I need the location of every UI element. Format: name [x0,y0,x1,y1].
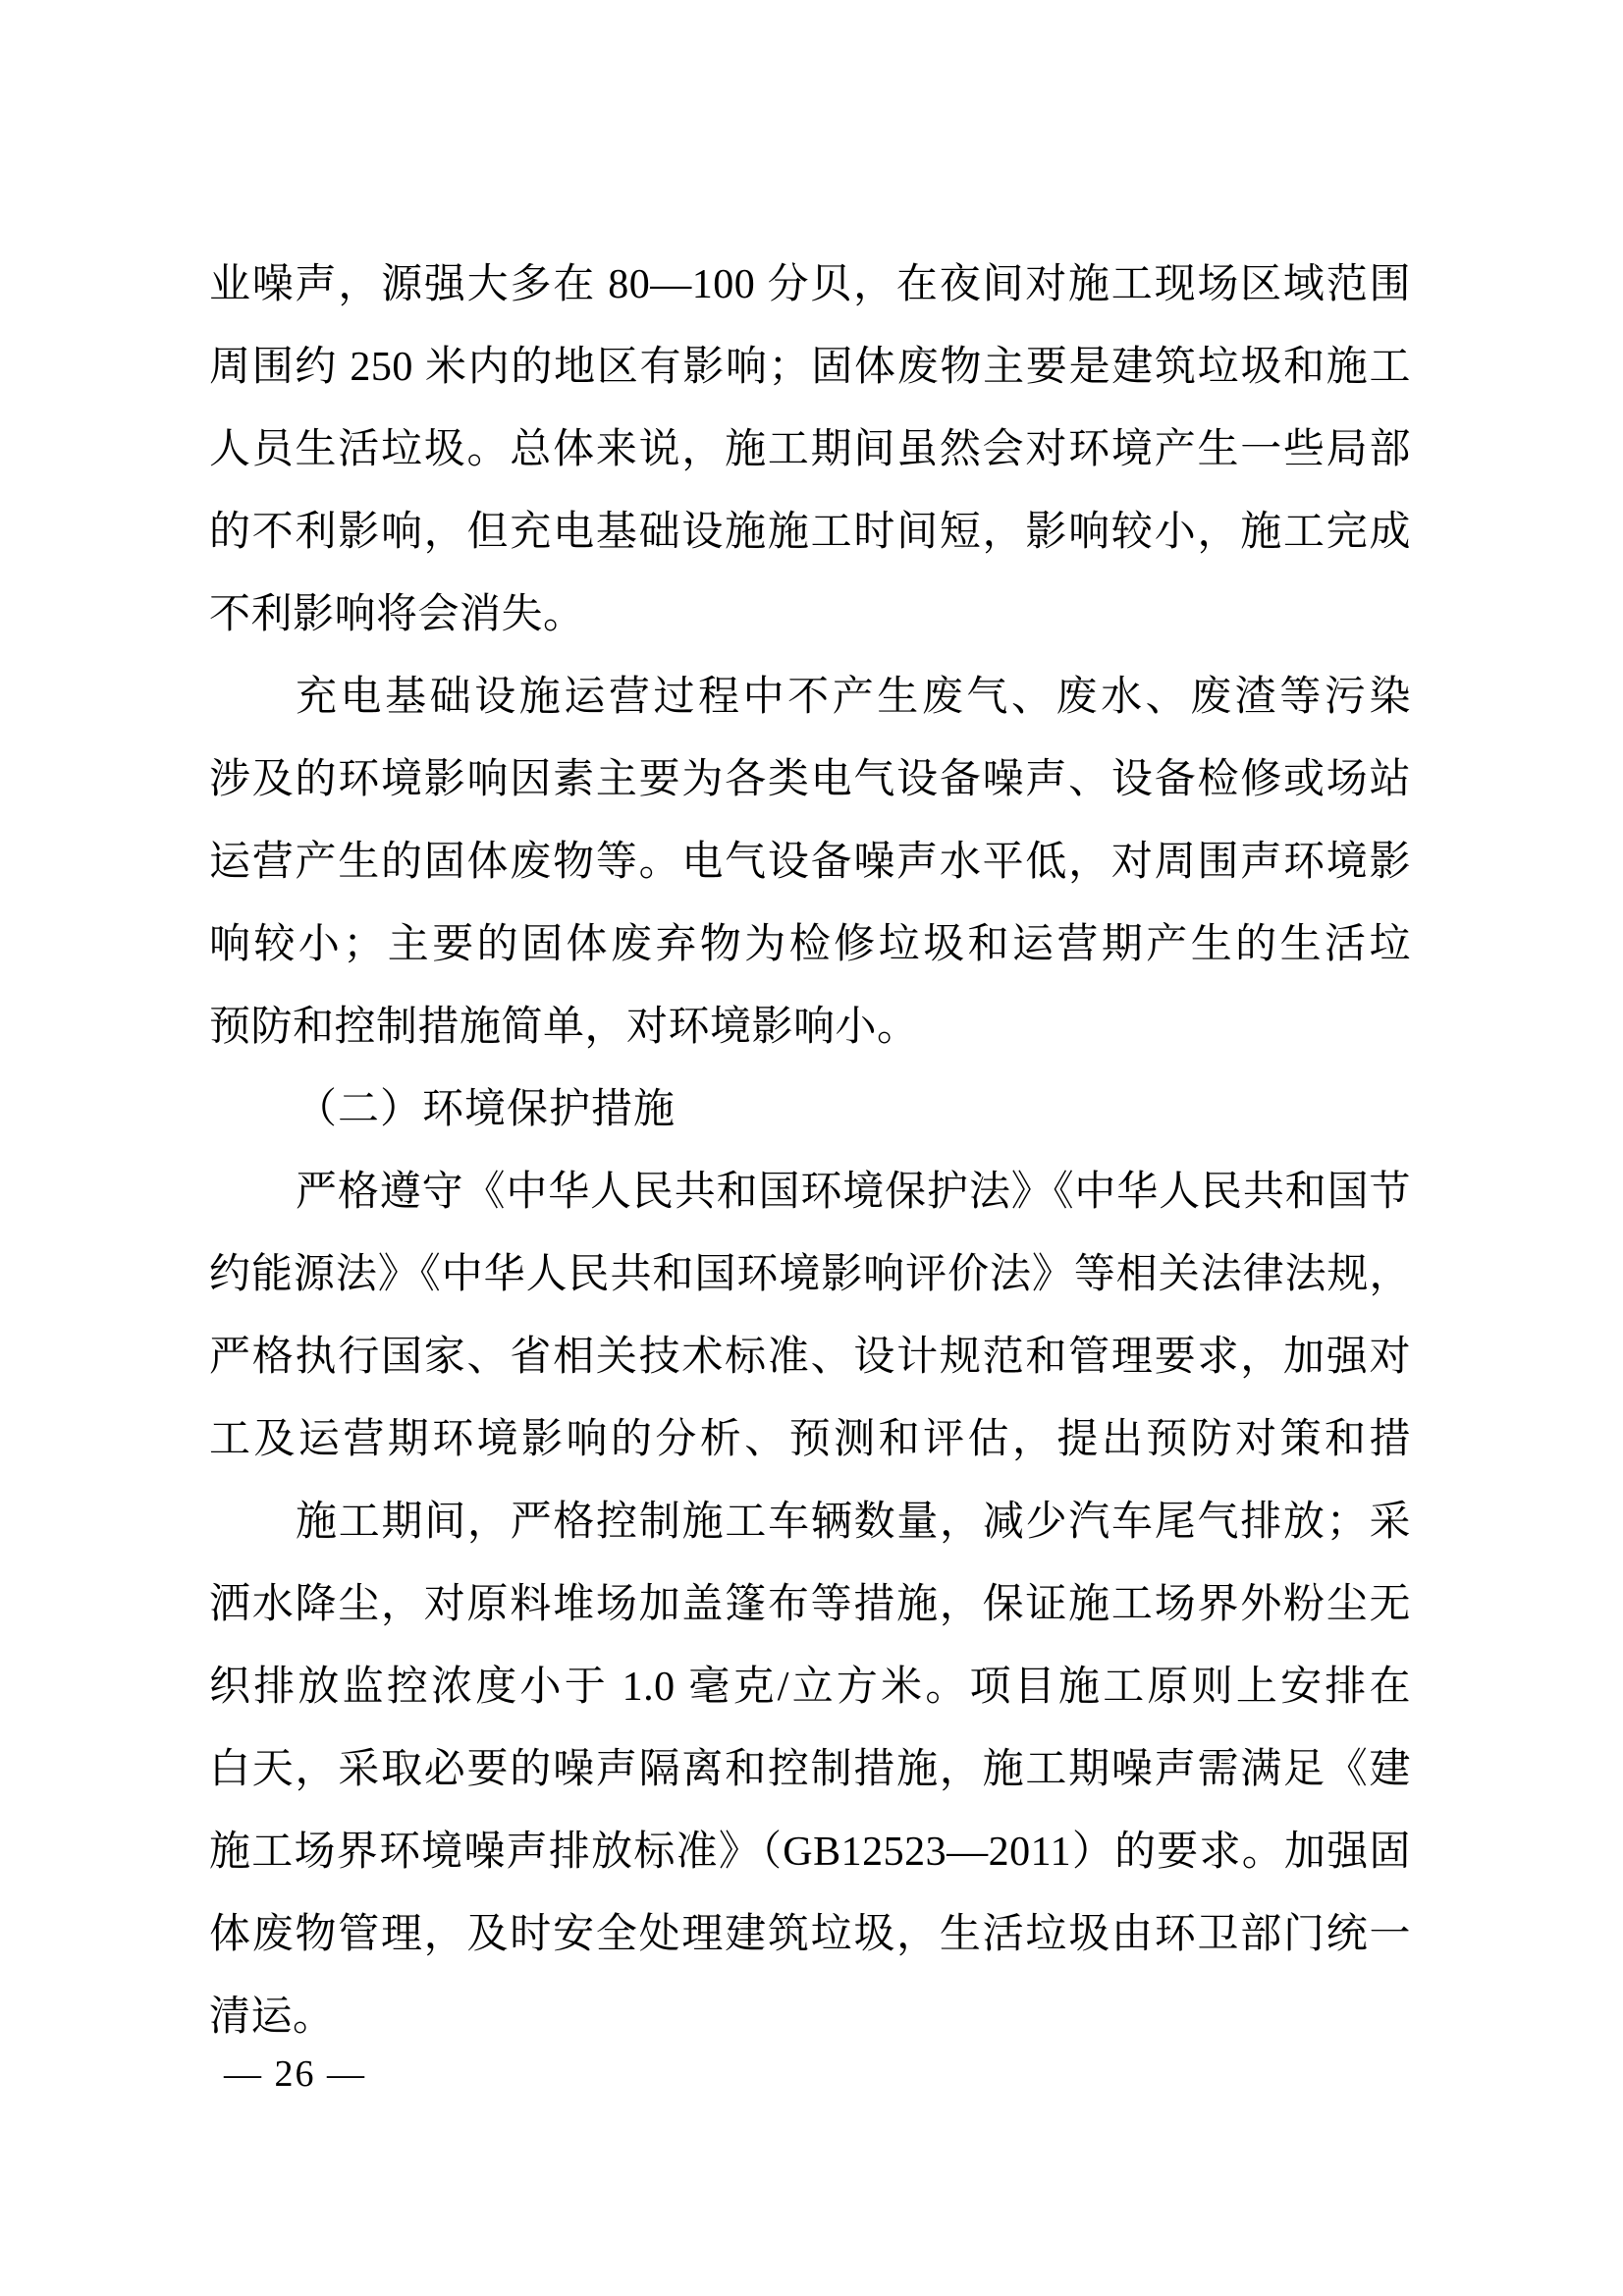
body-text-block: 业噪声，源强大多在 80—100 分贝，在夜间对施工现场区域范围和 周围约 25… [209,244,1411,2058]
text-line: 严格遵守《中华人民共和国环境保护法》《中华人民共和国节 [209,1151,1411,1233]
text-line: 施工场界环境噪声排放标准》（GB12523—2011）的要求。加强固 [209,1811,1411,1893]
text-line: 周围约 250 米内的地区有影响；固体废物主要是建筑垃圾和施工 [209,326,1411,409]
text-line: 预防和控制措施简单，对环境影响小。 [209,986,1411,1068]
document-page: 业噪声，源强大多在 80—100 分贝，在夜间对施工现场区域范围和 周围约 25… [0,0,1623,2296]
text-line: 充电基础设施运营过程中不产生废气、废水、废渣等污染物， [209,656,1411,738]
paragraph-laws-standards: 严格遵守《中华人民共和国环境保护法》《中华人民共和国节 约能源法》《中华人民共和… [209,1151,1411,1481]
text-line: 洒水降尘，对原料堆场加盖篷布等措施，保证施工场界外粉尘无组 [209,1563,1411,1646]
text-line: 工及运营期环境影响的分析、预测和评估，提出预防对策和措施。 [209,1398,1411,1481]
text-line: 清运。 [209,1976,1411,2058]
text-line: 业噪声，源强大多在 80—100 分贝，在夜间对施工现场区域范围和 [209,244,1411,326]
text-line: 施工期间，严格控制施工车辆数量，减少汽车尾气排放；采取 [209,1481,1411,1563]
section-environmental-protection: （二）环境保护措施 [209,1068,1411,1151]
text-line: 体废物管理，及时安全处理建筑垃圾，生活垃圾由环卫部门统一 [209,1893,1411,1976]
paragraph-construction-impact: 业噪声，源强大多在 80—100 分贝，在夜间对施工现场区域范围和 周围约 25… [209,244,1411,656]
text-line: 白天，采取必要的噪声隔离和控制措施，施工期噪声需满足《建筑 [209,1728,1411,1811]
text-line: 严格执行国家、省相关技术标准、设计规范和管理要求，加强对施 [209,1316,1411,1398]
paragraph-construction-measures: 施工期间，严格控制施工车辆数量，减少汽车尾气排放；采取 洒水降尘，对原料堆场加盖… [209,1481,1411,2058]
text-line: 约能源法》《中华人民共和国环境影响评价法》等相关法律法规， [209,1233,1411,1316]
page-number: — 26 — [224,2035,366,2113]
section-heading: （二）环境保护措施 [209,1068,1411,1151]
text-line: 人员生活垃圾。总体来说，施工期间虽然会对环境产生一些局部 [209,409,1411,491]
text-line: 响较小；主要的固体废弃物为检修垃圾和运营期产生的生活垃圾， [209,903,1411,986]
text-line: 涉及的环境影响因素主要为各类电气设备噪声、设备检修或场站 [209,738,1411,821]
paragraph-operation-impact: 充电基础设施运营过程中不产生废气、废水、废渣等污染物， 涉及的环境影响因素主要为… [209,656,1411,1068]
text-line: 织排放监控浓度小于 1.0 毫克/立方米。项目施工原则上安排在 [209,1646,1411,1728]
text-line: 运营产生的固体废物等。电气设备噪声水平低，对周围声环境影 [209,821,1411,903]
text-line: 不利影响将会消失。 [209,574,1411,656]
text-line: 的不利影响，但充电基础设施施工时间短，影响较小，施工完成后 [209,491,1411,574]
